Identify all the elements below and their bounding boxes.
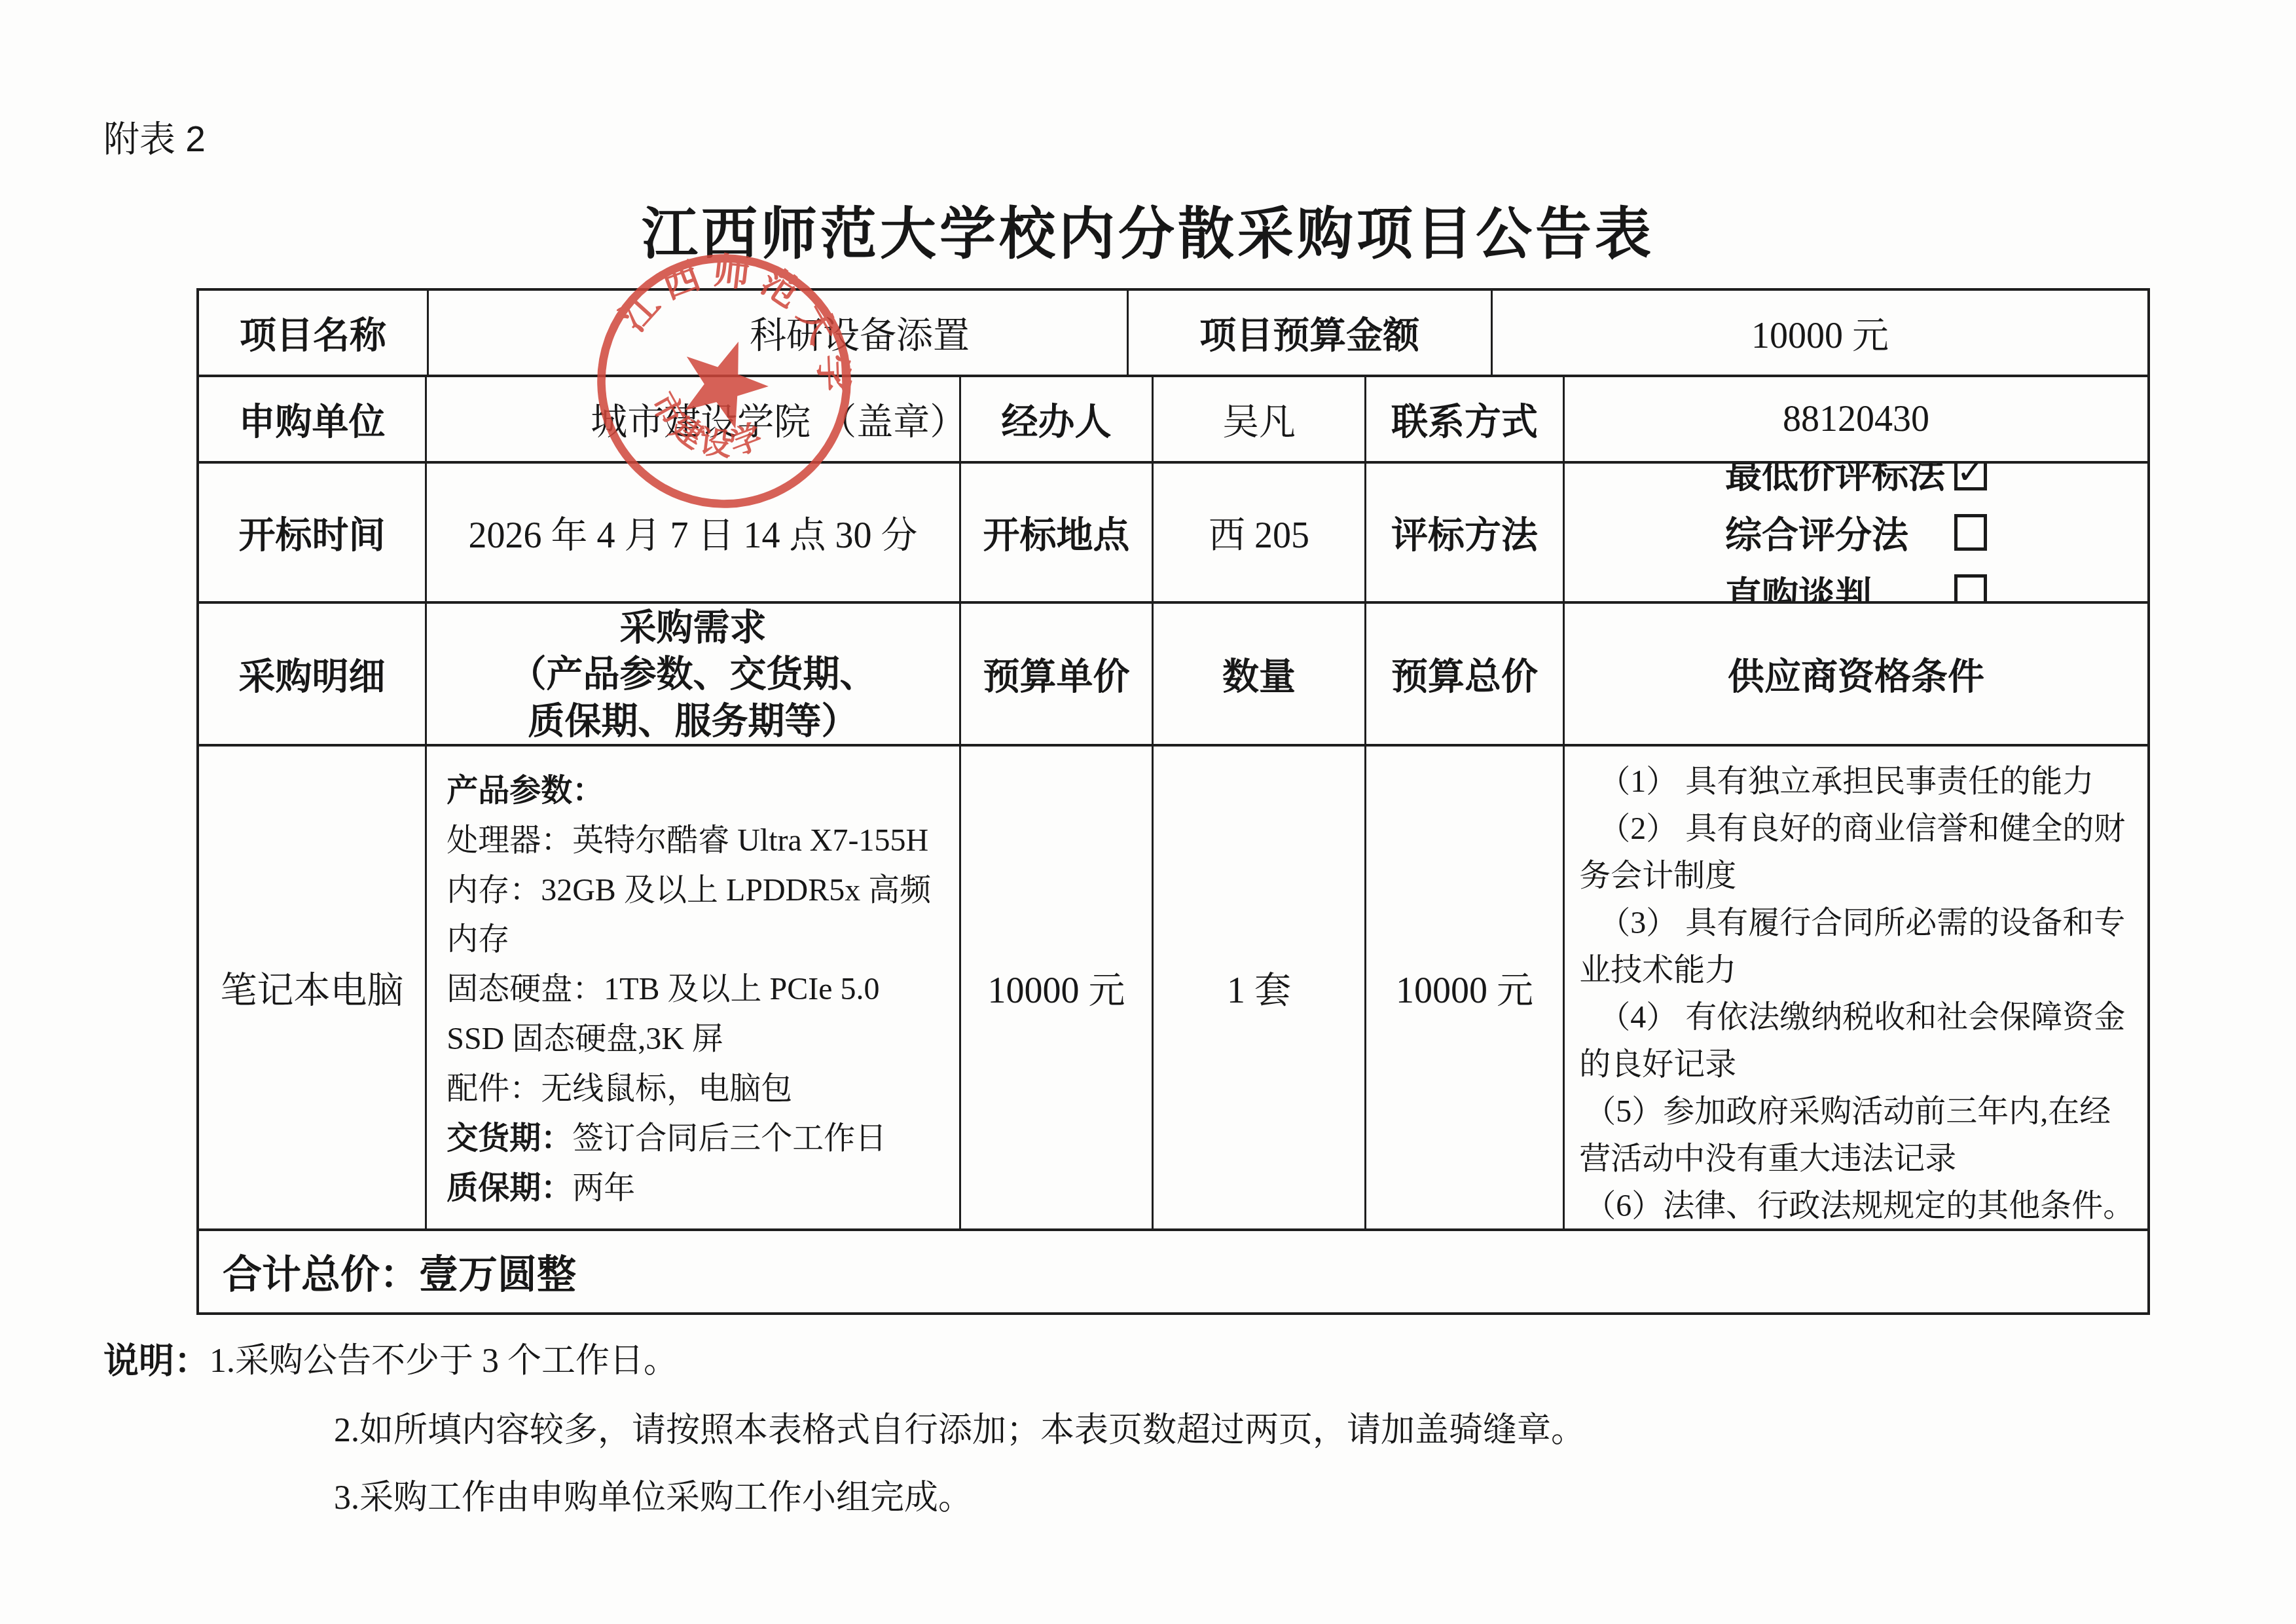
project-budget-value: 10000 元 — [1491, 291, 2147, 375]
notes-section: 说明： 1.采购公告不少于 3 个工作日。 2.如所填内容较多，请按照本表格式自… — [103, 1340, 1585, 1519]
condition-item: （2） 具有良好的商业信誉和健全的财务会计制度 — [1579, 805, 2137, 900]
procurement-table: 项目名称 科研设备添置 项目预算金额 10000 元 申购单位 城市建设学院 （… — [196, 288, 2150, 1315]
spec-line: 产品参数： — [446, 766, 941, 816]
table-row-detail-header: 采购明细 采购需求 （产品参数、交货期、 质保期、服务期等） 预算单价 数量 预… — [199, 601, 2147, 744]
need-header-line1: 采购需求 — [619, 604, 766, 650]
page-title: 江西师范大学校内分散采购项目公告表 — [0, 189, 2296, 270]
spec-line: 内存：32GB 及以上 LPDDR5x 高频内存 — [446, 866, 941, 965]
method-option-direct: 直购谈判 — [1725, 566, 1987, 601]
bid-place-value: 西 205 — [1152, 464, 1364, 601]
supplier-header: 供应商资格条件 — [1563, 604, 2147, 744]
need-header-line3: 质保期、服务期等） — [528, 697, 858, 744]
checkbox-direct — [1954, 574, 1987, 601]
grand-total: 合计总价：壹万圆整 — [199, 1231, 2147, 1312]
spec-line: 交货期：签订合同后三个工作日 — [446, 1114, 941, 1164]
method-option-label: 综合评分法 — [1725, 506, 1908, 559]
table-row-project: 项目名称 科研设备添置 项目预算金额 10000 元 — [199, 291, 2147, 375]
method-option-lowest-price: 最低价评标法 ✓ — [1725, 464, 1987, 498]
total-price-header: 预算总价 — [1364, 604, 1563, 744]
note-line-1: 说明： 1.采购公告不少于 3 个工作日。 — [103, 1340, 1585, 1384]
method-option-list: 最低价评标法 ✓ 综合评分法 直购谈判 — [1725, 464, 1987, 601]
agent-label: 经办人 — [959, 377, 1152, 461]
purchasing-unit-label: 申购单位 — [199, 377, 425, 461]
need-header: 采购需求 （产品参数、交货期、 质保期、服务期等） — [425, 604, 958, 744]
note-item-3: 3.采购工作由申购单位采购工作小组完成。 — [334, 1477, 1585, 1519]
detail-label: 采购明细 — [199, 604, 425, 744]
item-name: 笔记本电脑 — [199, 747, 425, 1228]
project-budget-label: 项目预算金额 — [1127, 291, 1491, 375]
method-option-label: 直购谈判 — [1725, 566, 1872, 601]
project-name-label: 项目名称 — [199, 291, 427, 375]
bid-time-label: 开标时间 — [199, 464, 425, 601]
checkbox-comprehensive — [1954, 514, 1987, 551]
scanned-procurement-form: 附表 2 江西师范大学校内分散采购项目公告表 项目名称 科研设备添置 项目预算金… — [0, 0, 2296, 1624]
condition-item: （3） 具有履行合同所必需的设备和专业技术能力 — [1579, 900, 2137, 994]
contact-value: 88120430 — [1563, 377, 2147, 461]
unit-price-header: 预算单价 — [959, 604, 1152, 744]
spec-line: 固态硬盘：1TB 及以上 PCIe 5.0 SSD 固态硬盘,3K 屏 — [446, 965, 941, 1064]
table-row-unit: 申购单位 城市建设学院 （盖章） 经办人 吴凡 联系方式 88120430 — [199, 375, 2147, 461]
bid-time-value: 2026 年 4 月 7 日 14 点 30 分 — [425, 464, 958, 601]
notes-label: 说明： — [103, 1340, 210, 1384]
contact-label: 联系方式 — [1364, 377, 1563, 461]
condition-item: （1） 具有独立承担民事责任的能力 — [1579, 758, 2137, 805]
condition-item: （6）法律、行政法规规定的其他条件。 — [1579, 1183, 2137, 1228]
eval-method-options: 最低价评标法 ✓ 综合评分法 直购谈判 — [1563, 464, 2147, 601]
spec-line: 配件：无线鼠标，电脑包 — [446, 1064, 941, 1114]
supplier-conditions: （1） 具有独立承担民事责任的能力 （2） 具有良好的商业信誉和健全的财务会计制… — [1563, 747, 2147, 1228]
qty-header: 数量 — [1152, 604, 1364, 744]
table-row-bidding: 开标时间 2026 年 4 月 7 日 14 点 30 分 开标地点 西 205… — [199, 461, 2147, 601]
condition-item: （4） 有依法缴纳税收和社会保障资金的良好记录 — [1579, 994, 2137, 1088]
item-specs: 产品参数： 处理器：英特尔酷睿 Ultra X7-155H 内存：32GB 及以… — [425, 747, 958, 1228]
project-name-value: 科研设备添置 — [427, 291, 1126, 375]
condition-item: （5）参加政府采购活动前三年内,在经营活动中没有重大违法记录 — [1579, 1088, 2137, 1183]
bid-place-label: 开标地点 — [959, 464, 1152, 601]
eval-method-label: 评标方法 — [1364, 464, 1563, 601]
table-row-item: 笔记本电脑 产品参数： 处理器：英特尔酷睿 Ultra X7-155H 内存：3… — [199, 744, 2147, 1228]
spec-line: 质保期：两年 — [446, 1164, 941, 1213]
checkbox-lowest-price: ✓ — [1954, 464, 1987, 490]
need-header-line2: （产品参数、交货期、 — [509, 650, 876, 697]
item-total-price: 10000 元 — [1364, 747, 1563, 1228]
note-item-2: 2.如所填内容较多，请按照本表格式自行添加；本表页数超过两页，请加盖骑缝章。 — [334, 1409, 1585, 1452]
method-option-comprehensive: 综合评分法 — [1725, 506, 1987, 559]
spec-line: 处理器：英特尔酷睿 Ultra X7-155H — [446, 816, 941, 866]
item-unit-price: 10000 元 — [959, 747, 1152, 1228]
note-item-1: 1.采购公告不少于 3 个工作日。 — [210, 1340, 678, 1384]
annex-label: 附表 2 — [103, 110, 206, 162]
method-option-label: 最低价评标法 — [1725, 464, 1945, 498]
purchasing-unit-value: 城市建设学院 （盖章） — [425, 377, 958, 461]
agent-value: 吴凡 — [1152, 377, 1364, 461]
table-row-total: 合计总价：壹万圆整 — [199, 1228, 2147, 1312]
item-qty: 1 套 — [1152, 747, 1364, 1228]
